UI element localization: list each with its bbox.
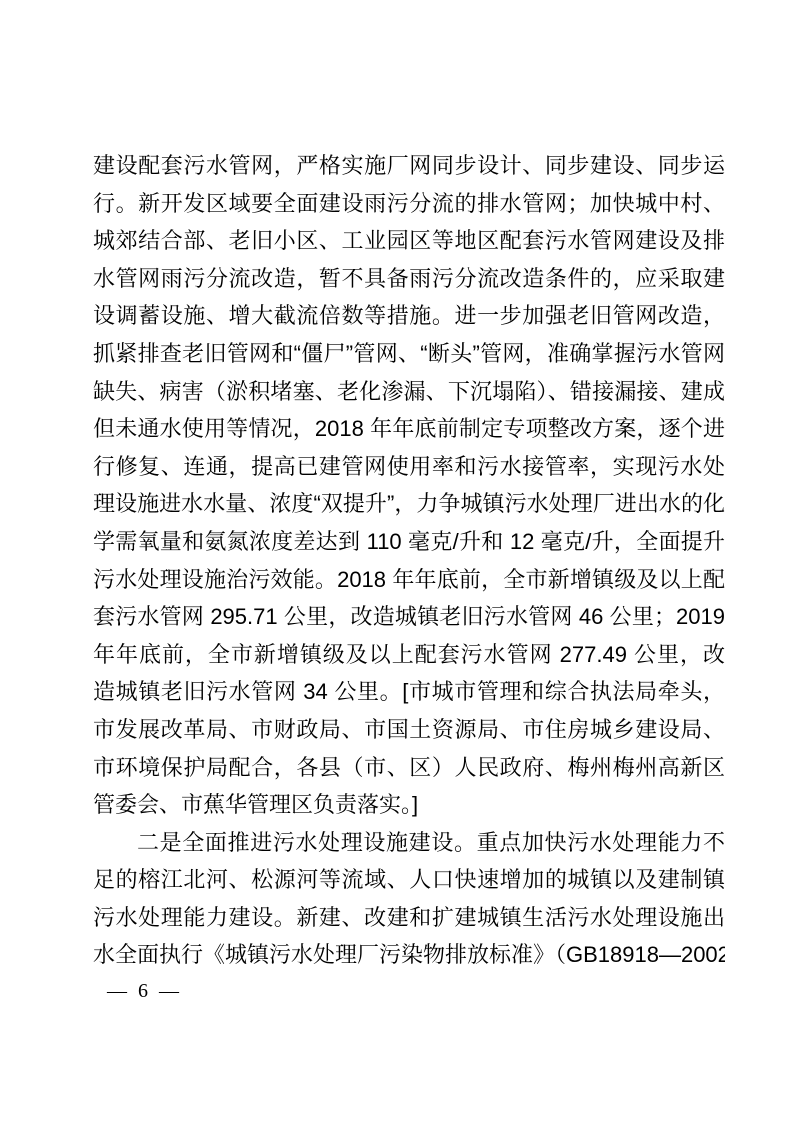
text-line: 行。新开发区域要全面建设雨污分流的排水管网；加快城中村、 (93, 185, 725, 223)
text-line: 但未通水使用等情况，2018 年年底前制定专项整改方案，逐个进 (93, 410, 725, 448)
text-line-paragraph-end: 管委会、市蕉华管理区负责落实。] (93, 786, 725, 824)
text-line: 行修复、连通，提高已建管网使用率和污水接管率，实现污水处 (93, 448, 725, 486)
text-line: 水全面执行《城镇污水处理厂污染物排放标准》（GB18918—2002） (93, 936, 725, 974)
document-page: 建设配套污水管网，严格实施厂网同步设计、同步建设、同步运 行。新开发区域要全面建… (0, 0, 793, 1122)
text-line: 建设配套污水管网，严格实施厂网同步设计、同步建设、同步运 (93, 147, 725, 185)
text-line-paragraph-start: 二是全面推进污水处理设施建设。重点加快污水处理能力不 (93, 824, 725, 862)
text-line: 套污水管网 295.71 公里，改造城镇老旧污水管网 46 公里；2019 (93, 598, 725, 636)
text-line: 造城镇老旧污水管网 34 公里。[市城市管理和综合执法局牵头， (93, 673, 725, 711)
text-line: 足的榕江北河、松源河等流域、人口快速增加的城镇以及建制镇 (93, 861, 725, 899)
text-line: 设调蓄设施、增大截流倍数等措施。进一步加强老旧管网改造， (93, 297, 725, 335)
text-line: 市发展改革局、市财政局、市国土资源局、市住房城乡建设局、 (93, 711, 725, 749)
text-line: 水管网雨污分流改造，暂不具备雨污分流改造条件的，应采取建 (93, 260, 725, 298)
text-line: 抓紧排查老旧管网和“僵尸”管网、“断头”管网，准确掌握污水管网 (93, 335, 725, 373)
document-text-block: 建设配套污水管网，严格实施厂网同步设计、同步建设、同步运 行。新开发区域要全面建… (93, 147, 725, 974)
text-line: 市环境保护局配合，各县（市、区）人民政府、梅州梅州高新区 (93, 749, 725, 787)
text-line: 理设施进水水量、浓度“双提升”，力争城镇污水处理厂进出水的化 (93, 485, 725, 523)
text-line: 缺失、病害（淤积堵塞、老化渗漏、下沉塌陷）、错接漏接、建成 (93, 373, 725, 411)
text-line: 年年底前，全市新增镇级及以上配套污水管网 277.49 公里，改 (93, 636, 725, 674)
text-line: 污水处理能力建设。新建、改建和扩建城镇生活污水处理设施出 (93, 899, 725, 937)
text-line: 学需氧量和氨氮浓度差达到 110 毫克/升和 12 毫克/升，全面提升 (93, 523, 725, 561)
text-line: 污水处理设施治污效能。2018 年年底前，全市新增镇级及以上配 (93, 561, 725, 599)
page-number-footer: — 6 — (107, 976, 179, 1006)
text-line: 城郊结合部、老旧小区、工业园区等地区配套污水管网建设及排 (93, 222, 725, 260)
